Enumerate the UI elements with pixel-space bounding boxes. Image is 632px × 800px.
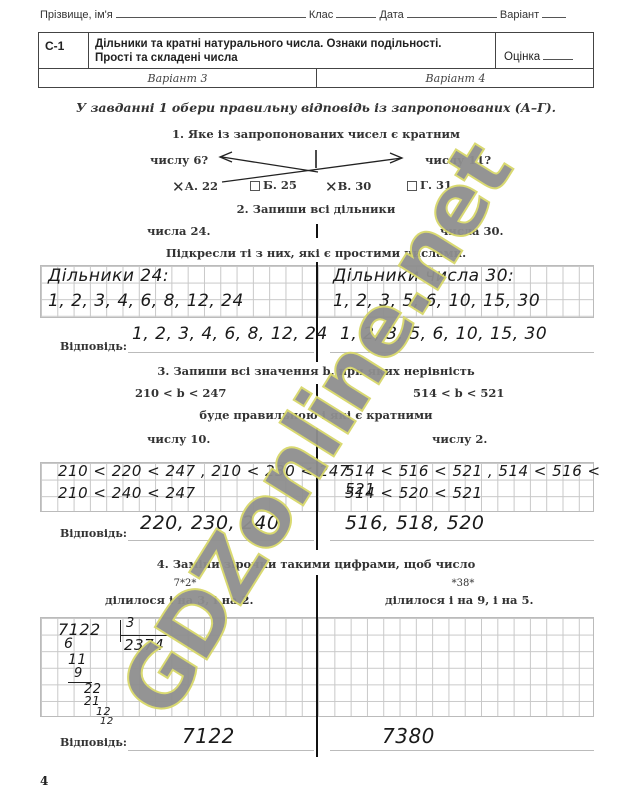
task3-left: числу 10. bbox=[147, 432, 210, 446]
task3-left-inequality: 210 < b < 247 bbox=[135, 386, 226, 400]
task4-answer-label: Відповідь: bbox=[60, 736, 127, 749]
task3-left-work-2: 210 < 240 < 247 bbox=[58, 484, 196, 502]
column-divider bbox=[316, 575, 318, 757]
task4-left-answer[interactable]: 7122 bbox=[182, 724, 235, 748]
task1-option-b[interactable]: Б. 25 bbox=[250, 178, 297, 192]
task4-right-pattern: *38* bbox=[378, 578, 548, 589]
checked-x-icon: ✕ bbox=[172, 178, 185, 196]
task2-left-answer[interactable]: 1, 2, 3, 4, 6, 8, 12, 24 bbox=[132, 324, 328, 344]
division-step: 12 bbox=[100, 716, 114, 727]
task2-answer-label: Відповідь: bbox=[60, 340, 127, 353]
task1-option-a[interactable]: ✕А. 22 bbox=[172, 178, 218, 196]
task2-subtext: Підкресли ті з них, які є простими числа… bbox=[0, 246, 632, 260]
column-divider bbox=[316, 224, 318, 238]
task2-left-answer-line bbox=[128, 352, 314, 353]
checkbox-icon bbox=[250, 181, 260, 191]
task4-right-answer-line bbox=[330, 750, 594, 751]
task4-right-condition: ділилося і на 9, і на 5. bbox=[385, 593, 533, 607]
task2-left: числа 24. bbox=[147, 224, 211, 238]
division-bar bbox=[120, 620, 121, 642]
task3-right-inequality: 514 < b < 521 bbox=[413, 386, 504, 400]
task4-right-answer[interactable]: 7380 bbox=[382, 724, 435, 748]
task2-left-work-2: 1, 2, 3, 4, 6, 8, 12, 24 bbox=[48, 291, 244, 311]
checked-x-icon: ✕ bbox=[325, 178, 338, 196]
task3-right-answer[interactable]: 516, 518, 520 bbox=[345, 512, 484, 534]
task2-question: 2. Запиши всі дільники bbox=[0, 202, 632, 216]
task2-left-work-1: Дільники 24: bbox=[48, 266, 169, 286]
page-number: 4 bbox=[40, 774, 48, 788]
task3-right: числу 2. bbox=[432, 432, 487, 446]
task4-left-answer-line bbox=[128, 750, 314, 751]
division-step: 9 bbox=[74, 666, 83, 681]
task3-right-answer-line bbox=[330, 540, 594, 541]
task3-right-work-2: 514 < 520 < 521 bbox=[345, 484, 483, 502]
task4-question: 4. Заміни зірочки такими цифрами, щоб чи… bbox=[0, 557, 632, 571]
division-step: 6 bbox=[64, 636, 73, 652]
task3-answer-label: Відповідь: bbox=[60, 527, 127, 540]
task1-option-c[interactable]: ✕В. 30 bbox=[325, 178, 371, 196]
